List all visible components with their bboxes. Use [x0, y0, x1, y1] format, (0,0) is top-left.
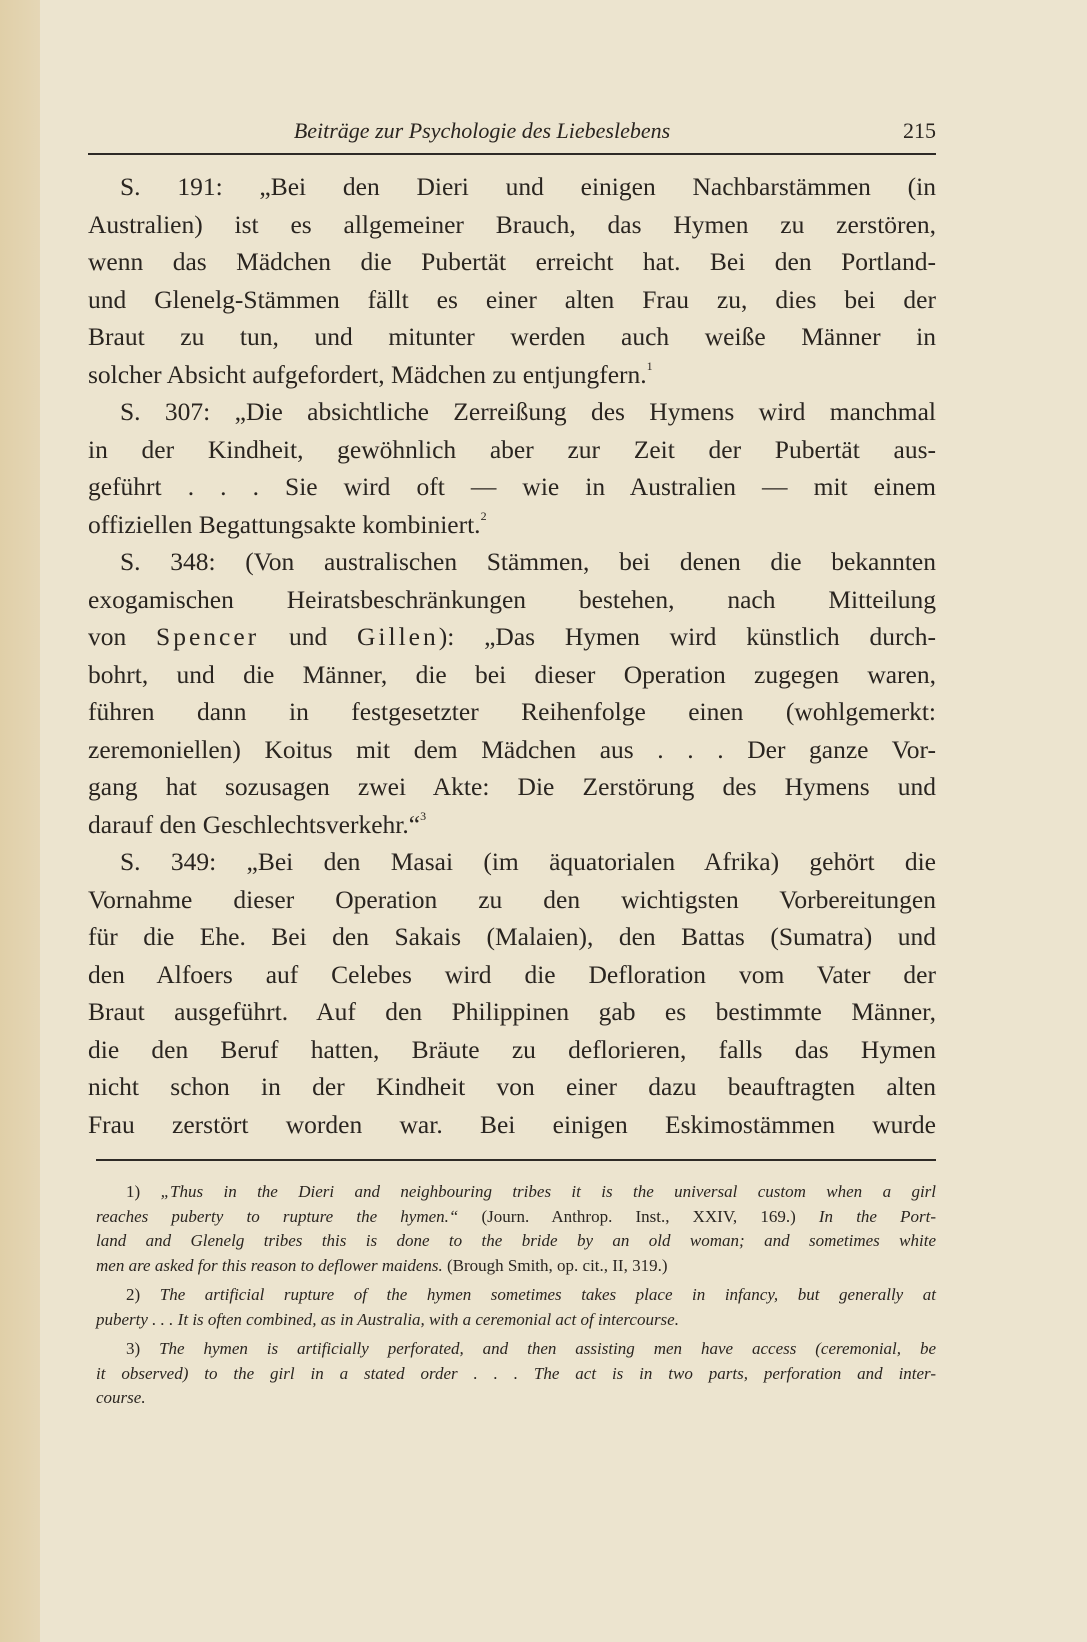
text-line: nicht schon in der Kindheit von einer da… [88, 1068, 936, 1106]
text-line: Frau zerstört worden war. Bei einigen Es… [88, 1106, 936, 1144]
text-line: darauf den Geschlechtsverkehr.“3 [88, 806, 936, 844]
footnote-ref: 1 [647, 359, 653, 373]
footnote-ref: 2 [481, 509, 487, 523]
footnote-ref: 3 [420, 809, 426, 823]
text-line: S. 348: (Von australischen Stämmen, bei … [88, 543, 936, 581]
text-line: von Spencer und Gillen): „Das Hymen wird… [88, 618, 936, 656]
text-line: Braut zu tun, und mitunter werden auch w… [88, 318, 936, 356]
footnote-3-line: it observed) to the girl in a stated ord… [96, 1362, 936, 1387]
text-line: geführt . . . Sie wird oft — wie in Aust… [88, 468, 936, 506]
running-title: Beiträge zur Psychologie des Liebesleben… [88, 118, 936, 144]
text-line: gang hat sozusagen zwei Akte: Die Zerstö… [88, 768, 936, 806]
footnote-marker: 2) [126, 1285, 140, 1304]
page-header: Beiträge zur Psychologie des Liebesleben… [88, 118, 936, 154]
text-line: S. 191: „Bei den Dieri und einigen Nachb… [88, 168, 936, 206]
text-line: S. 349: „Bei den Masai (im äquatorialen … [88, 843, 936, 881]
text-line: führen dann in festgesetzter Reihenfolge… [88, 693, 936, 731]
text-line: die den Beruf hatten, Bräute zu deflorie… [88, 1031, 936, 1069]
main-text: S. 191: „Bei den Dieri und einigen Nachb… [88, 168, 936, 1143]
footnote-3-line: 3) The hymen is artificially perforated,… [96, 1337, 936, 1362]
footnote-2-line: 2) The artificial rupture of the hymen s… [96, 1283, 936, 1308]
footnote-1-line: land and Glenelg tribes this is done to … [96, 1229, 936, 1254]
author-name: Spencer [156, 622, 259, 651]
header-rule [88, 153, 936, 155]
page-number: 215 [903, 118, 936, 144]
text-line: S. 307: „Die absichtliche Zerreißung des… [88, 393, 936, 431]
text-line: wenn das Mädchen die Pubertät erreicht h… [88, 243, 936, 281]
text-line: exogamischen Heiratsbeschränkungen beste… [88, 581, 936, 619]
footnote-1-line: reaches puberty to rupture the hymen.“ (… [96, 1205, 936, 1230]
footnote-1-line: men are asked for this reason to deflowe… [96, 1254, 936, 1279]
text-line: und Glenelg-Stämmen fällt es einer alten… [88, 281, 936, 319]
text-line: Australien) ist es allgemeiner Brauch, d… [88, 206, 936, 244]
text-line: zeremoniellen) Koitus mit dem Mädchen au… [88, 731, 936, 769]
text-line: Braut ausgeführt. Auf den Philippinen ga… [88, 993, 936, 1031]
footnote-rule [96, 1159, 936, 1161]
text-line: für die Ehe. Bei den Sakais (Malaien), d… [88, 918, 936, 956]
footnote-3-line: course. [96, 1386, 936, 1411]
footnote-1-line: 1) „Thus in the Dieri and neighbouring t… [96, 1180, 936, 1205]
author-name: Gillen [357, 622, 439, 651]
text-line: den Alfoers auf Celebes wird die Deflora… [88, 956, 936, 994]
text-line: in der Kindheit, gewöhnlich aber zur Zei… [88, 431, 936, 469]
footnotes: 1) „Thus in the Dieri and neighbouring t… [96, 1180, 936, 1411]
text-line: solcher Absicht aufgefordert, Mädchen zu… [88, 356, 936, 394]
text-line: bohrt, und die Männer, die bei dieser Op… [88, 656, 936, 694]
footnote-marker: 3) [126, 1339, 140, 1358]
footnote-2-line: puberty . . . It is often combined, as i… [96, 1308, 936, 1333]
text-line: offiziellen Begattungsakte kombiniert.2 [88, 506, 936, 544]
footnote-marker: 1) [126, 1182, 140, 1201]
text-line: Vornahme dieser Operation zu den wichtig… [88, 881, 936, 919]
